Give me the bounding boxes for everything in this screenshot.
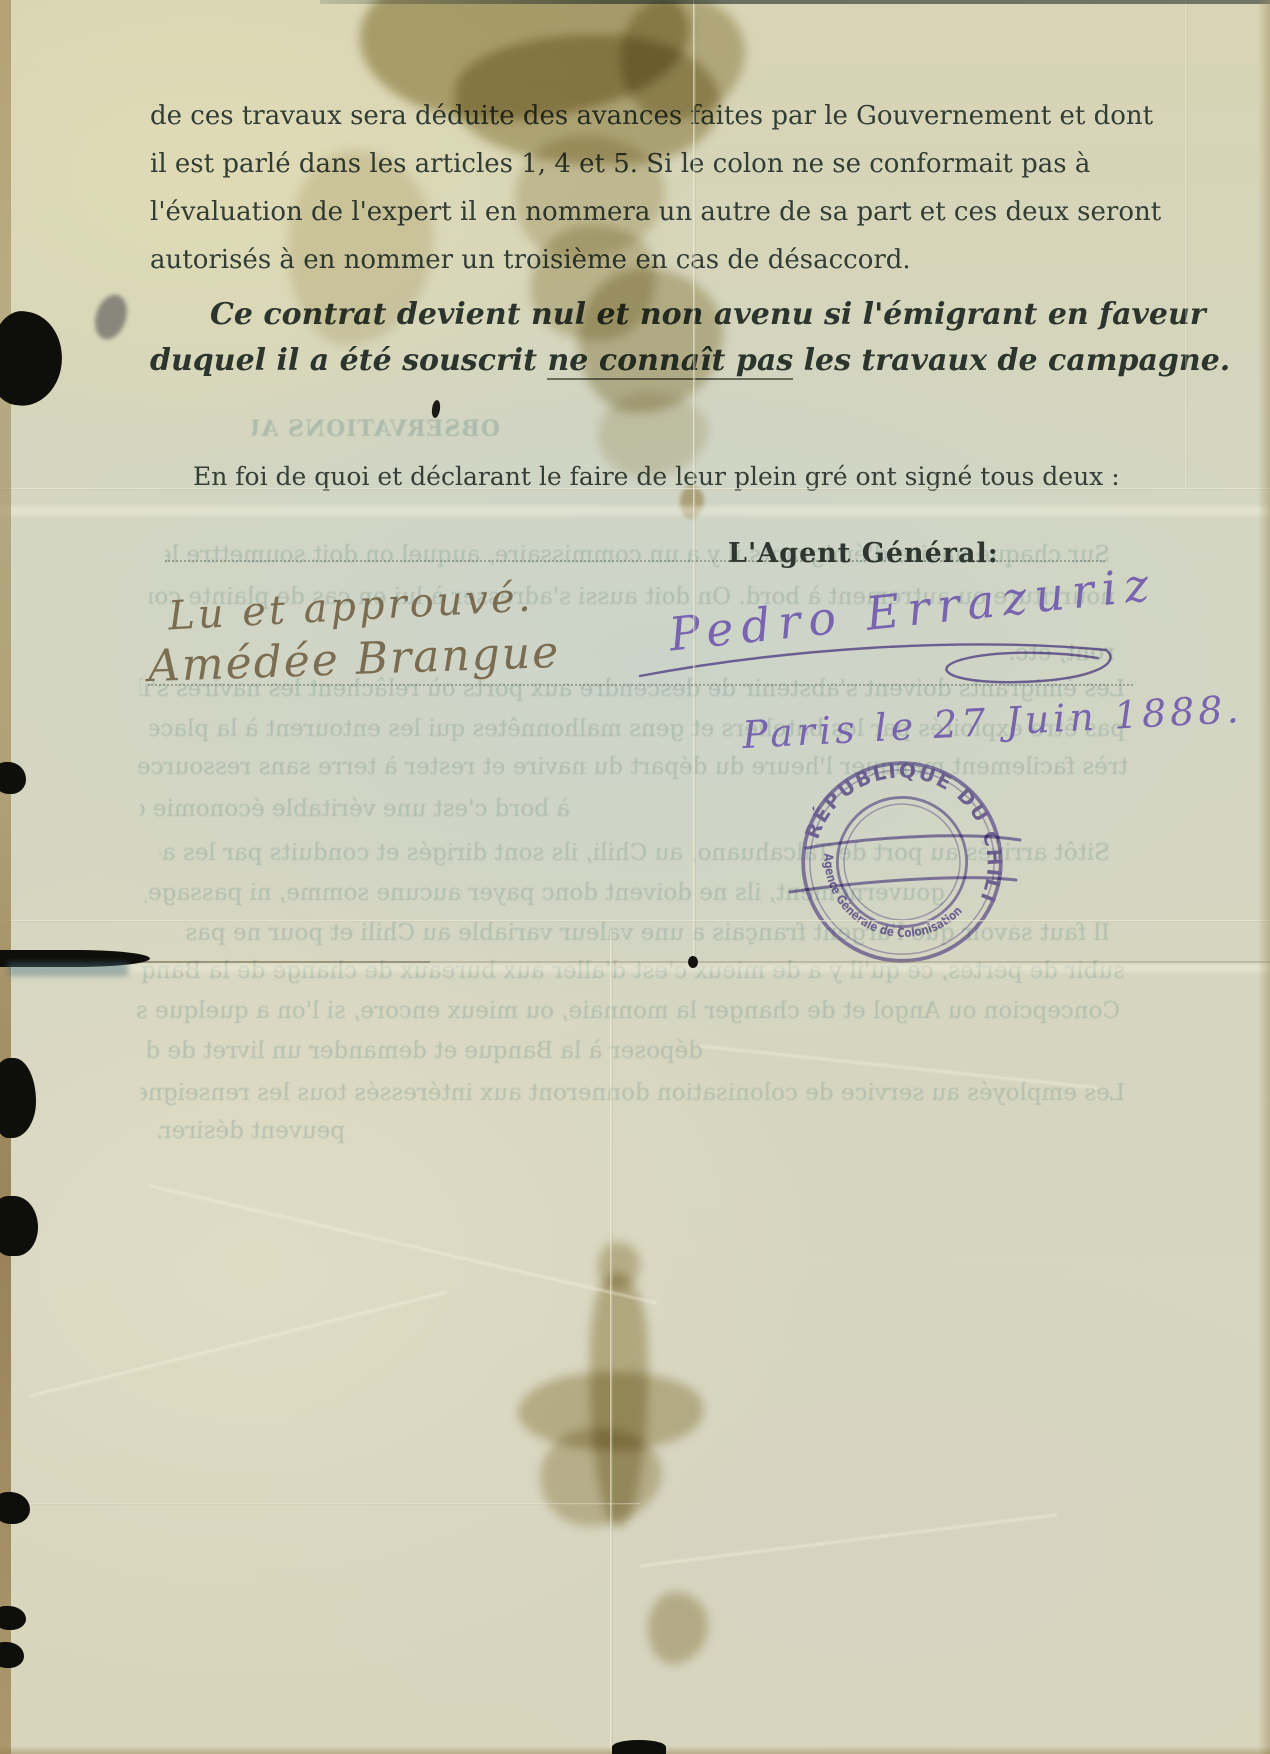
ghost-line: peuvent désirer. [140,1118,345,1144]
paper-tear [0,1196,38,1256]
ink-speck [688,956,698,968]
ghost-line: Les employés au service de colonisation … [140,1080,1125,1106]
ghost-line: à bord c'est une véritable économie d'ar… [140,796,570,822]
stain [648,1592,708,1664]
crease-line [30,1291,448,1397]
void-clause-text: les travaux de campagne. [793,343,1230,378]
crease-line [0,506,1270,516]
crease-line [0,1503,640,1505]
paper-tear [0,762,26,794]
crease-line [640,1514,1057,1567]
ghost-heading: OBSERVATIONS AUX ÉMIGRANTS. [252,416,500,442]
ink-smudge [90,290,133,343]
crease-line [0,964,1270,972]
void-clause-text: duquel il a été souscrit [150,343,547,378]
paper-tear [0,1606,26,1630]
paper-tear [0,1642,24,1668]
pen-stroke [806,836,1020,848]
crease-line [0,920,1270,922]
paper-tear [0,307,68,410]
ghost-line: Concepcion ou Angol et de changer la mon… [135,998,1120,1024]
tear-shadow [8,962,128,976]
crease-line [1185,0,1188,490]
ghost-line: déposer à la Banque et demander un livre… [148,1038,703,1064]
paper-tear [0,1058,36,1138]
crease-line [693,0,696,960]
page-edge-left [0,0,11,1754]
paper-tear [0,1492,30,1524]
paper-tear [612,1740,666,1754]
page-edge-top [320,0,1270,4]
crease-line [150,1185,657,1304]
document-page: OBSERVATIONS AUX ÉMIGRANTS. Sur chaque n… [0,0,1270,1754]
agent-general-label: L'Agent Général: [728,538,999,569]
pen-stroke [790,878,1016,892]
stain [540,1428,662,1526]
crease-line [610,930,613,1754]
page-edge-right [1258,0,1270,1754]
tear-crease [430,961,1270,963]
crease-line [0,488,1270,490]
stamp-pen-strokes [778,818,1030,910]
signature-flourish [628,592,1128,702]
